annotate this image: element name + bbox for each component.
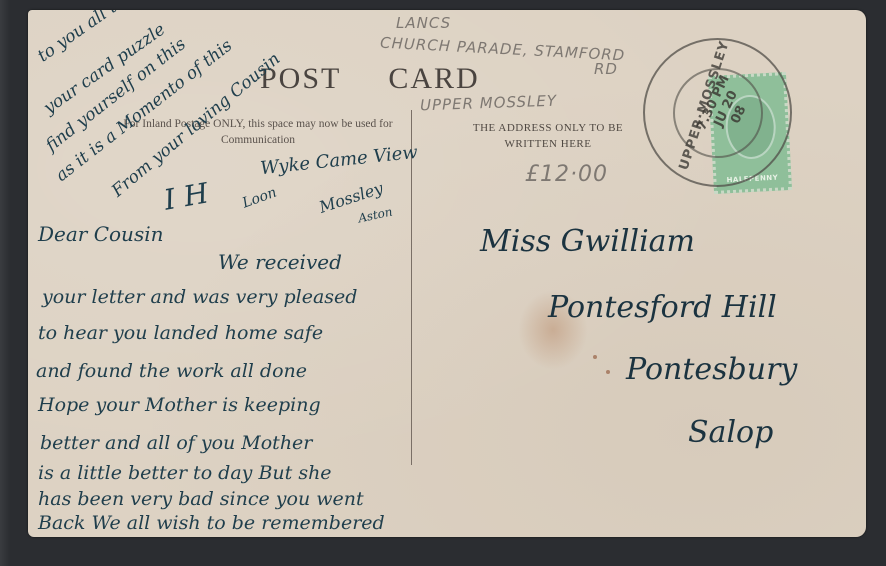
printed-title: POST CARD [260,62,480,96]
pencil-price: £12·00 [525,162,608,187]
recipient-address-line: Pontesford Hill [548,290,777,325]
recipient-name: Miss Gwilliam [480,224,695,259]
pencil-note-street: CHURCH PARADE, STAMFORD [380,34,626,65]
postcard: POST CARD For Inland Postage ONLY, this … [28,10,866,537]
printed-communication-notice: For Inland Postage ONLY, this space may … [108,116,408,148]
message-line: to hear you landed home safe [38,322,323,344]
message-greeting: Dear Cousin [38,222,163,246]
pencil-note-town: UPPER MOSSLEY [420,92,558,115]
message-line: is a little better to day But she [38,462,332,484]
address-notice-line2: WRITTEN HERE [448,136,648,152]
scan-backdrop [0,0,10,566]
message-line: your letter and was very pleased [42,286,357,308]
message-line: has been very bad since you went [38,488,364,510]
address-notice-line1: THE ADDRESS ONLY TO BE [448,120,648,136]
message-line: We received [218,250,342,274]
message-line: and found the work all done [36,360,307,382]
sender-address-line: Aston [357,205,394,226]
message-line: better and all of you Mother [40,432,312,454]
recipient-address-line: Salop [688,415,773,450]
pencil-note-rd: RD [594,60,618,78]
message-line: Hope your Mother is keeping [38,394,321,416]
printed-address-notice: THE ADDRESS ONLY TO BE WRITTEN HERE [448,120,648,152]
foxing-dot [606,370,610,374]
pencil-note-county: LANCS [396,14,451,32]
recipient-address-line: Pontesbury [626,352,797,387]
postmark: UPPER·MOSSLEY 7.30 PM JU 20 08 [643,38,792,187]
sender-address-line: Loon [240,184,279,211]
message-line: Back We all wish to be remembered [38,512,385,534]
foxing-dot [593,355,597,359]
signature-initials: I H [161,176,210,216]
